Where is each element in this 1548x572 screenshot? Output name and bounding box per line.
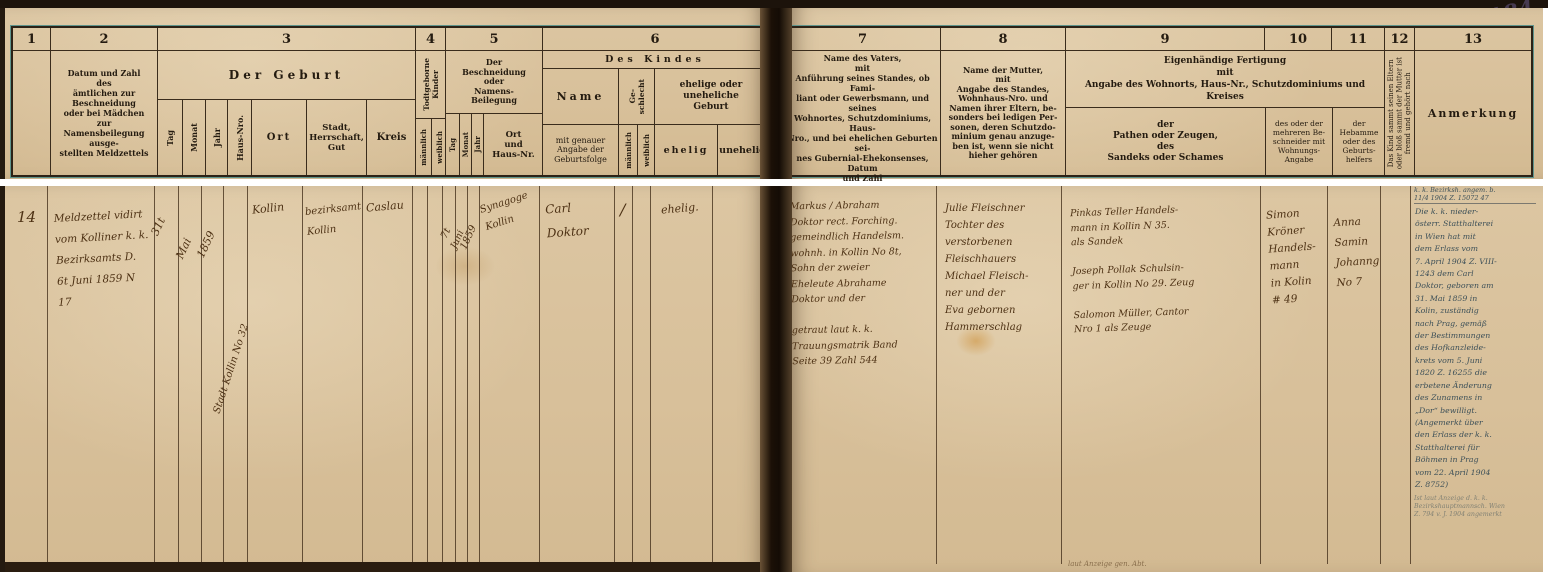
col6-ehelig-label: ehelig [664, 145, 709, 156]
col10-sub-label: des oder der mehreren Be- schneider mit … [1273, 119, 1325, 164]
col-number-12: 12 [1384, 28, 1414, 50]
entry-geburt-hausnr-cell: Stadt Kollin No 32 [223, 186, 247, 562]
col3-ort-label: Ort [267, 132, 292, 143]
entry-geschlecht-m-cell: / [614, 186, 632, 562]
col-number-1: 1 [13, 28, 50, 50]
header-page-left: 1 2 3 4 5 6 Datum und Zahl des ämtlichen… [0, 8, 775, 179]
col-number-5: 5 [445, 28, 542, 50]
header-col6-kind: Des Kindes Name mit genauer Angabe der G… [542, 51, 767, 175]
entry-geburt-jahr-cell: 1859 [201, 186, 223, 562]
header-col2-meldzettel: Datum und Zahl des ämtlichen zur Beschne… [50, 51, 157, 175]
col4-maennlich-label: männlich [419, 129, 428, 166]
entry-geburt-kreis-cell: Caslau [362, 186, 412, 562]
col3-tag-label: Tag [165, 130, 175, 146]
entry-strip: 14 Meldzettel vidirt vom Kolliner k. k. … [0, 186, 1548, 572]
header-page-right: 7 8 9 10 11 12 13 Name des Vaters, mit A… [781, 8, 1543, 179]
col2-label: Datum und Zahl des ämtlichen zur Beschne… [51, 68, 157, 158]
entry-zeugen-cell: Pinkas Teller Handels- mann in Kollin N … [1061, 186, 1260, 564]
col6-unehelig-label: unehelig [719, 145, 766, 156]
entry-geburt-stadt: bezirksamt Kollin [304, 197, 364, 243]
entry-hebamme-cell: Anna Samin Johanng No 7 [1327, 186, 1380, 564]
entry-geburt-kreis: Caslau [366, 198, 405, 214]
entry-todtgeboren-w-cell [427, 186, 442, 562]
entry-todtgeboren-m-cell [412, 186, 427, 562]
col3-title: Der Geburt [229, 68, 344, 82]
col-number-4: 4 [415, 28, 445, 50]
col5-orthaus-label: Ort und Haus-Nr. [492, 130, 534, 160]
col9-group-label: Eigenhändige Fertigung mit Angabe des Wo… [1068, 55, 1382, 103]
book-gutter-top [760, 8, 792, 179]
col6-name-label: Name [557, 90, 605, 103]
col-number-13: 13 [1414, 28, 1531, 50]
col6-name-sub: mit genauer Angabe der Geburtsfolge [554, 136, 607, 165]
entry-kind-name: Carl Doktor [544, 195, 589, 246]
entry-beschneidung-orthaus: Synagoge Kollin [478, 187, 536, 237]
col8-label: Name der Mutter, mit Angabe des Standes,… [949, 66, 1058, 161]
col6-weiblich-label: weiblich [642, 134, 651, 167]
entry-mutter-cell: Julie Fleischner Tochter des verstorbene… [936, 186, 1061, 564]
entry-anmerkung: Die k. k. nieder- österr. Statthalterei … [1415, 206, 1537, 491]
register-page-scan: 184 1 2 3 4 5 6 Datum und Zahl des ämt [0, 0, 1548, 572]
book-gutter-bottom [760, 186, 792, 572]
entry-kind-name-cell: Carl Doktor [539, 186, 614, 562]
col-number-7: 7 [785, 28, 940, 50]
header-col1 [13, 51, 50, 175]
col6-ehe-title: ehelige oder uneheliche Geburt [655, 80, 767, 113]
entry-geburt-stadt-cell: bezirksamt Kollin [302, 186, 362, 562]
entry-beschneider: Simon Kröner Handels- mann in Kolin # 49 [1266, 204, 1320, 309]
col-number-11: 11 [1331, 28, 1384, 50]
col6-maennlich-label: männlich [624, 132, 633, 169]
col4-title: Todtgeborne Kinder [422, 58, 440, 111]
col11-sub-label: der Hebamme oder des Geburts- helfers [1340, 119, 1379, 164]
header-col3-geburt: Der Geburt Tag Monat Jahr Haus-Nro. Ort … [157, 51, 415, 175]
col5-monat-label: Monat [461, 132, 470, 157]
col3-stadt-label: Stadt, Herrschaft, Gut [309, 123, 364, 153]
entry-geschlecht-w-cell [632, 186, 650, 562]
entry-geburt-ort: Kollin [251, 200, 284, 216]
col6-geschlecht-label: Ge- schlecht [628, 79, 646, 114]
entry-anmerkung-top: k. k. Bezirksh. angem. b. 11/4 1904 Z. 1… [1414, 186, 1536, 204]
entry-zeugen: Pinkas Teller Handels- mann in Kollin N … [1070, 201, 1259, 338]
col5-title: Der Beschneidung oder Namens- Beilegung [462, 58, 526, 106]
col3-jahr-label: Jahr [212, 128, 222, 147]
col4-weiblich-label: weiblich [435, 131, 444, 164]
entry-geschlecht-mark: / [620, 200, 625, 219]
entry-mutter: Julie Fleischner Tochter des verstorbene… [945, 200, 1060, 336]
entry-ehelig-cell: ehelig. [650, 186, 712, 562]
header-col8-mutter: Name der Mutter, mit Angabe des Standes,… [940, 51, 1065, 175]
entry-page-left: 14 Meldzettel vidirt vom Kolliner k. k. … [0, 186, 775, 572]
col-number-2: 2 [50, 28, 157, 50]
entry-anmerkung-faded: Ist laut Anzeige d. k. k. Bezirkshauptma… [1414, 495, 1536, 519]
header-col5-beschneidung: Der Beschneidung oder Namens- Beilegung … [445, 51, 542, 175]
col6-group-title: Des Kindes [605, 54, 705, 65]
header-table-right: 7 8 9 10 11 12 13 Name des Vaters, mit A… [783, 26, 1533, 177]
entry-beschneidung-jahr-cell: 1859 [467, 186, 479, 562]
page-bottom-edge-left [5, 562, 775, 572]
column-number-row-right: 7 8 9 10 11 12 13 [785, 28, 1531, 51]
col7-label: Name des Vaters, mit Anführung seines St… [787, 53, 938, 183]
col-number-9: 9 [1065, 28, 1264, 50]
entry-ehelig: ehelig. [661, 200, 700, 216]
entry-beschneidung-orthaus-cell: Synagoge Kollin [479, 186, 539, 562]
entry-bottom-faint-note: laut Anzeige gen. Abt. [1068, 560, 1147, 568]
entry-meldzettel: Meldzettel vidirt vom Kolliner k. k. Bez… [53, 203, 168, 314]
col5-jahr-label: Jahr [473, 136, 482, 153]
entry-vater: Markus / Abraham Doktor rect. Forching. … [790, 197, 938, 370]
col3-hausnr-label: Haus-Nro. [235, 115, 245, 161]
header-col4-todtgeborne: Todtgeborne Kinder männlich weiblich [415, 51, 445, 175]
entry-geburt-tag-cell: 31t [154, 186, 178, 562]
entry-geburt-ort-cell: Kollin [247, 186, 302, 562]
header-strip: 1 2 3 4 5 6 Datum und Zahl des ämtlichen… [0, 8, 1548, 179]
col-number-6: 6 [542, 28, 767, 50]
header-col12-fremd: Das Kind sammt seinen Eltern oder bloß s… [1384, 51, 1414, 175]
entry-page-right: Markus / Abraham Doktor rect. Forching. … [781, 186, 1543, 572]
entry-fremd-cell [1380, 186, 1410, 564]
col-number-8: 8 [940, 28, 1065, 50]
header-table-left: 1 2 3 4 5 6 Datum und Zahl des ämtlichen… [11, 26, 769, 177]
entry-hebamme: Anna Samin Johanng No 7 [1333, 211, 1381, 293]
col3-monat-label: Monat [189, 123, 199, 152]
col12-label: Das Kind sammt seinen Eltern oder bloß s… [1387, 57, 1413, 169]
entry-geburt-monat-cell: Mai [178, 186, 201, 562]
col3-kreis-label: Kreis [377, 132, 407, 143]
entry-beschneider-cell: Simon Kröner Handels- mann in Kolin # 49 [1260, 186, 1327, 564]
entry-number: 14 [17, 208, 36, 226]
header-col9-11-fertigung: Eigenhändige Fertigung mit Angabe des Wo… [1065, 51, 1384, 175]
header-col7-vater: Name des Vaters, mit Anführung seines St… [785, 51, 940, 175]
entry-vater-cell: Markus / Abraham Doktor rect. Forching. … [781, 186, 936, 564]
col13-label: Anmerkung [1428, 107, 1518, 120]
entry-anmerkung-cell: k. k. Bezirksh. angem. b. 11/4 1904 Z. 1… [1410, 186, 1539, 564]
book-top-edge [0, 0, 1548, 8]
header-col13-anmerkung: Anmerkung [1414, 51, 1531, 175]
entry-number-cell: 14 [10, 186, 47, 562]
column-number-row-left: 1 2 3 4 5 6 [13, 28, 767, 51]
col-number-3: 3 [157, 28, 415, 50]
col9-sub-label: der Pathen oder Zeugen, des Sandeks oder… [1108, 120, 1224, 164]
col-number-10: 10 [1264, 28, 1331, 50]
entry-meldzettel-cell: Meldzettel vidirt vom Kolliner k. k. Bez… [47, 186, 154, 562]
col5-tag-label: Tag [448, 138, 457, 152]
